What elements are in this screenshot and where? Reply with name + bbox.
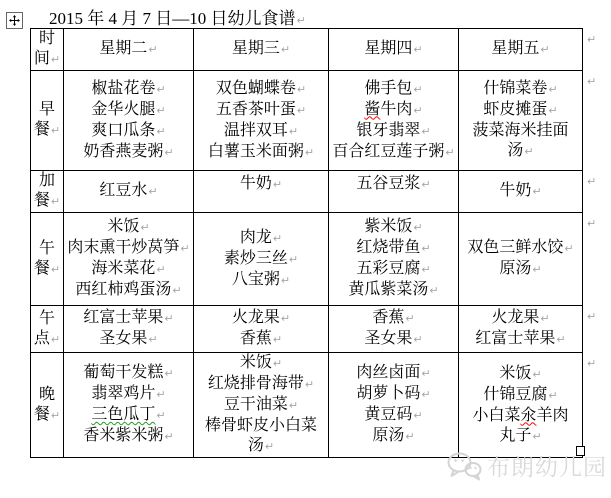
header-label: 星期二 (99, 40, 147, 57)
menu-item-text: 香蕉↵ (331, 308, 456, 329)
text-segment: 米饭 (499, 365, 531, 382)
paragraph-mark: ↵ (524, 145, 533, 158)
text-segment: 什锦豆腐 (483, 386, 547, 403)
menu-item-text: 黄豆码↵ (331, 405, 456, 426)
menu-item-text: 白薯玉米面粥↵ (196, 142, 326, 163)
header-label: 星期四 (364, 40, 412, 57)
menu-item-text: 葡萄干发糕↵ (66, 363, 191, 384)
paragraph-mark: ↵ (413, 221, 422, 234)
watermark-text: 布朗幼儿园 (487, 449, 607, 482)
row-end-mark: ↵ (587, 310, 596, 323)
text-segment: 海米菜花 (91, 260, 155, 277)
paragraph-mark: ↵ (405, 312, 414, 325)
menu-item-text: 五谷豆浆↵ (331, 174, 456, 195)
text-segment: 红富士苹果 (83, 309, 163, 326)
menu-cell-afternoon-snack-tuesday[interactable]: 红富士苹果↵圣女果↵ (64, 306, 194, 353)
paragraph-mark: ↵ (140, 221, 149, 234)
table-resize-handle[interactable] (576, 446, 585, 456)
paragraph-mark: ↵ (413, 43, 422, 56)
paragraph-mark: ↵ (164, 367, 173, 380)
text-segment: 圣女果 (364, 330, 412, 347)
menu-item-text: 酱牛肉↵ (331, 100, 456, 121)
paragraph-mark: ↵ (429, 284, 438, 297)
paragraph-mark: ↵ (297, 83, 306, 96)
text-segment: 牛奶 (240, 175, 272, 192)
menu-item-text: 红富士苹果↵ (66, 308, 191, 329)
text-segment: 五谷豆浆 (356, 175, 420, 192)
menu-item-text: 爽口瓜条↵ (66, 121, 191, 142)
text-segment: 银牙翡翠 (356, 122, 420, 139)
paragraph-mark: ↵ (297, 104, 306, 117)
row-label-morning-snack[interactable]: 加 餐↵ (31, 171, 64, 213)
paragraph-mark: ↵ (265, 440, 274, 453)
menu-cell-lunch-wednesday[interactable]: 肉龙↵素炒三丝↵八宝粥↵ (194, 213, 329, 306)
text-segment: 肉丝卤面 (356, 364, 420, 381)
text-segment: 棒骨虾皮小白菜 汤 (205, 417, 317, 454)
paragraph-mark: ↵ (421, 125, 430, 138)
menu-cell-dinner-thursday[interactable]: 肉丝卤面↵胡萝卜码↵黄豆码↵原汤↵ (329, 353, 459, 458)
text-segment: 豆干油菜 (224, 396, 288, 413)
menu-item-text: 银牙翡翠↵ (331, 121, 456, 142)
menu-item-text: 香米紫米粥↵ (66, 426, 191, 447)
text-segment: 红烧带鱼 (356, 239, 420, 256)
text-segment: 虾皮摊蛋 (483, 101, 547, 118)
paragraph-mark: ↵ (273, 178, 282, 191)
paragraph-mark: ↵ (305, 146, 314, 159)
text-segment: 黄瓜紫菜汤 (348, 281, 428, 298)
menu-item-text: 香蕉↵ (196, 329, 326, 350)
menu-item-text: 红烧带鱼↵ (331, 238, 456, 259)
header-wednesday[interactable]: 星期三↵ (194, 29, 329, 71)
text-segment: 胡萝卜码 (356, 385, 420, 402)
menu-item-text: 双色蝴蝶卷↵ (196, 79, 326, 100)
row-end-mark: ↵ (587, 33, 596, 46)
paragraph-mark: ↵ (421, 367, 430, 380)
row-end-mark: ↵ (587, 357, 596, 370)
menu-table-wrap: 时 间↵星期二↵星期三↵星期四↵星期五↵早 餐↵椒盐花卷↵金华火腿↵爽口瓜条↵奶… (30, 28, 583, 458)
paragraph-mark: ↵ (51, 333, 60, 346)
menu-item-text: 西红柿鸡蛋汤↵ (66, 280, 191, 301)
menu-item-text: 肉龙↵ (196, 228, 326, 249)
paragraph-mark: ↵ (156, 104, 165, 117)
text-segment: 五香茶叶蛋 (216, 101, 296, 118)
row-label-dinner[interactable]: 晚 餐↵ (31, 353, 64, 458)
paragraph-mark: ↵ (281, 274, 290, 287)
menu-item-text: 牛奶↵ (461, 181, 580, 202)
menu-item-text: 红豆水↵ (66, 181, 191, 202)
menu-item-text: 三色瓜丁↵ (66, 405, 191, 426)
document-page: 2015 年 4 月 7 日—10 日幼儿食谱↵ 时 间↵星期二↵星期三↵星期四… (0, 0, 611, 498)
menu-item-text: 红富士苹果↵ (461, 329, 580, 350)
paragraph-mark: ↵ (156, 388, 165, 401)
text-segment: 小白菜 (472, 407, 520, 424)
paragraph-mark: ↵ (51, 263, 60, 276)
page-title: 2015 年 4 月 7 日—10 日幼儿食谱↵ (49, 4, 306, 29)
menu-item-text: 米饭↵ (196, 353, 326, 374)
paragraph-mark: ↵ (273, 333, 282, 346)
text-segment: 肉末熏干炒莴笋 (67, 239, 179, 256)
text-segment: 百合红豆莲子粥 (332, 143, 444, 160)
text-segment: 香米紫米粥 (83, 427, 163, 444)
header-thursday[interactable]: 星期四↵ (329, 29, 459, 71)
header-label: 星期五 (491, 40, 539, 57)
menu-item-text: 金华火腿↵ (66, 100, 191, 121)
paragraph-mark: ↵ (51, 124, 60, 137)
paragraph-mark: ↵ (532, 185, 541, 198)
text-segment: 红烧排骨海带 (208, 375, 304, 392)
paragraph-mark: ↵ (289, 399, 298, 412)
menu-item-text: 虾皮摊蛋↵ (461, 100, 580, 121)
menu-item-text: 原汤↵ (461, 259, 580, 280)
paragraph-mark: ↵ (281, 312, 290, 325)
text-segment: 香蕉 (372, 309, 404, 326)
text-segment: 金华火腿 (91, 101, 155, 118)
paragraph-mark: ↵ (297, 14, 306, 27)
misspelled-text: 三色瓜丁 (91, 406, 155, 423)
menu-item-text: 百合红豆莲子粥↵ (331, 142, 456, 163)
menu-item-text: 牛奶↵ (196, 174, 326, 195)
paragraph-mark: ↵ (273, 232, 282, 245)
title-rest: 日幼儿食谱 (206, 9, 295, 28)
paragraph-mark: ↵ (556, 333, 565, 346)
menu-item-text: 椒盐花卷↵ (66, 79, 191, 100)
menu-cell-lunch-thursday[interactable]: 紫米饭↵红烧带鱼↵五彩豆腐↵黄瓜紫菜汤↵ (329, 213, 459, 306)
menu-item-text: 五香茶叶蛋↵ (196, 100, 326, 121)
menu-item-text: 米饭↵ (66, 217, 191, 238)
text-segment: 原汤 (499, 260, 531, 277)
menu-item-text: 佛手包↵ (331, 79, 456, 100)
menu-item-text: 翡翠鸡片↵ (66, 384, 191, 405)
paragraph-mark: ↵ (305, 378, 314, 391)
text-segment: 葡萄干发糕 (83, 364, 163, 381)
menu-cell-breakfast-friday[interactable]: 什锦菜卷↵虾皮摊蛋↵菠菜海米挂面 汤↵ (459, 71, 583, 171)
menu-item-text: 胡萝卜码↵ (331, 384, 456, 405)
menu-item-text: 肉末熏干炒莴笋↵ (66, 238, 191, 259)
paragraph-mark: ↵ (51, 195, 60, 208)
paragraph-mark: ↵ (445, 146, 454, 159)
paragraph-mark: ↵ (532, 368, 541, 381)
text-segment: 翡翠鸡片 (91, 385, 155, 402)
paragraph-mark: ↵ (273, 357, 282, 370)
menu-cell-lunch-tuesday[interactable]: 米饭↵肉末熏干炒莴笋↵海米菜花↵西红柿鸡蛋汤↵ (64, 213, 194, 306)
menu-item-text: 紫米饭↵ (331, 217, 456, 238)
text-segment: 菠菜海米挂面 汤 (472, 122, 568, 159)
menu-item-text: 棒骨虾皮小白菜 汤↵ (196, 416, 326, 457)
text-segment: 佛手包 (364, 80, 412, 97)
text-segment: 香蕉 (240, 330, 272, 347)
paragraph-mark: ↵ (548, 389, 557, 402)
paragraph-mark: ↵ (413, 409, 422, 422)
menu-item-text: 肉丝卤面↵ (331, 363, 456, 384)
paragraph-mark: ↵ (164, 312, 173, 325)
text-segment: 红豆水 (99, 182, 147, 199)
text-segment: 原汤 (372, 427, 404, 444)
text-segment: 黄豆码 (364, 406, 412, 423)
header-tuesday[interactable]: 星期二↵ (64, 29, 194, 71)
menu-item-text: 菠菜海米挂面 汤↵ (461, 121, 580, 162)
menu-cell-afternoon-snack-friday[interactable]: 火龙果↵红富士苹果↵ (459, 306, 583, 353)
menu-cell-dinner-friday[interactable]: 米饭↵什锦豆腐↵小白菜氽羊肉 丸子↵ (459, 353, 583, 458)
row-end-mark: ↵ (587, 75, 596, 88)
menu-item-text: 海米菜花↵ (66, 259, 191, 280)
paragraph-mark: ↵ (564, 242, 573, 255)
header-label: 星期三 (232, 40, 280, 57)
paragraph-mark: ↵ (405, 430, 414, 443)
paragraph-mark: ↵ (180, 242, 189, 255)
text-segment: 八宝粥 (232, 271, 280, 288)
menu-cell-dinner-tuesday[interactable]: 葡萄干发糕↵翡翠鸡片↵三色瓜丁↵香米紫米粥↵ (64, 353, 194, 458)
text-segment: 火龙果 (491, 309, 539, 326)
text-segment: 温拌双耳 (224, 122, 288, 139)
menu-cell-dinner-wednesday[interactable]: 米饭↵红烧排骨海带↵豆干油菜↵棒骨虾皮小白菜 汤↵ (194, 353, 329, 458)
misspelled-text: 氽 (520, 407, 536, 424)
header-time[interactable]: 时 间↵ (31, 29, 64, 71)
text-segment: 什锦菜卷 (483, 80, 547, 97)
paragraph-mark: ↵ (548, 83, 557, 96)
menu-item-text: 五彩豆腐↵ (331, 259, 456, 280)
menu-item-text: 火龙果↵ (461, 308, 580, 329)
paragraph-mark: ↵ (421, 263, 430, 276)
row-label-afternoon-snack[interactable]: 午 点↵ (31, 306, 64, 353)
wechat-icon (446, 451, 482, 481)
title-date-part: 2015 年 4 月 7 日—10 (49, 9, 206, 28)
four-way-arrow-icon (9, 15, 20, 26)
text-segment: 奶香燕麦粥 (83, 143, 163, 160)
header-friday[interactable]: 星期五↵ (459, 29, 583, 71)
menu-cell-breakfast-wednesday[interactable]: 双色蝴蝶卷↵五香茶叶蛋↵温拌双耳↵白薯玉米面粥↵ (194, 71, 329, 171)
text-segment: 米饭 (240, 354, 272, 371)
misspelled-text: 酱 (364, 101, 380, 118)
paragraph-mark: ↵ (164, 430, 173, 443)
paragraph-mark: ↵ (51, 53, 60, 66)
text-segment: 双色蝴蝶卷 (216, 80, 296, 97)
menu-item-text: 红烧排骨海带↵ (196, 374, 326, 395)
text-segment: 肉龙 (240, 229, 272, 246)
menu-cell-morning-snack-tuesday[interactable]: 红豆水↵ (64, 171, 194, 213)
table-move-handle[interactable] (6, 12, 23, 29)
paragraph-mark: ↵ (413, 333, 422, 346)
menu-item-text: 什锦豆腐↵ (461, 385, 580, 406)
text-segment: 米饭 (107, 218, 139, 235)
paragraph-mark: ↵ (421, 178, 430, 191)
text-segment: 椒盐花卷 (91, 80, 155, 97)
menu-cell-afternoon-snack-thursday[interactable]: 香蕉↵圣女果↵ (329, 306, 459, 353)
menu-item-text: 圣女果↵ (66, 329, 191, 350)
menu-cell-afternoon-snack-wednesday[interactable]: 火龙果↵香蕉↵ (194, 306, 329, 353)
menu-item-text: 奶香燕麦粥↵ (66, 142, 191, 163)
menu-cell-morning-snack-thursday[interactable]: 五谷豆浆↵ (329, 171, 459, 213)
paragraph-mark: ↵ (148, 43, 157, 56)
menu-item-text: 米饭↵ (461, 364, 580, 385)
text-segment: 牛奶 (499, 182, 531, 199)
paragraph-mark: ↵ (172, 284, 181, 297)
paragraph-mark: ↵ (289, 253, 298, 266)
paragraph-mark: ↵ (156, 83, 165, 96)
paragraph-mark: ↵ (148, 185, 157, 198)
menu-item-text: 素炒三丝↵ (196, 249, 326, 270)
paragraph-mark: ↵ (289, 125, 298, 138)
paragraph-mark: ↵ (421, 242, 430, 255)
menu-item-text: 黄瓜紫菜汤↵ (331, 280, 456, 301)
text-segment: 牛肉 (380, 101, 412, 118)
text-segment: 紫米饭 (364, 218, 412, 235)
paragraph-mark: ↵ (164, 146, 173, 159)
text-segment: 白薯玉米面粥 (208, 143, 304, 160)
menu-item-text: 小白菜氽羊肉 丸子↵ (461, 406, 580, 447)
menu-item-text: 温拌双耳↵ (196, 121, 326, 142)
menu-item-text: 火龙果↵ (196, 308, 326, 329)
menu-item-text: 双色三鲜水饺↵ (461, 238, 580, 259)
menu-cell-breakfast-tuesday[interactable]: 椒盐花卷↵金华火腿↵爽口瓜条↵奶香燕麦粥↵ (64, 71, 194, 171)
text-segment: 双色三鲜水饺 (467, 239, 563, 256)
paragraph-mark: ↵ (281, 43, 290, 56)
paragraph-mark: ↵ (148, 333, 157, 346)
paragraph-mark: ↵ (156, 125, 165, 138)
text-segment: 圣女果 (99, 330, 147, 347)
menu-item-text: 原汤↵ (331, 426, 456, 447)
menu-table[interactable]: 时 间↵星期二↵星期三↵星期四↵星期五↵早 餐↵椒盐花卷↵金华火腿↵爽口瓜条↵奶… (30, 28, 583, 458)
menu-cell-lunch-friday[interactable]: 双色三鲜水饺↵原汤↵ (459, 213, 583, 306)
paragraph-mark: ↵ (540, 43, 549, 56)
paragraph-mark: ↵ (532, 263, 541, 276)
paragraph-mark: ↵ (51, 409, 60, 422)
text-segment: 红富士苹果 (475, 330, 555, 347)
menu-item-text: 豆干油菜↵ (196, 395, 326, 416)
menu-cell-morning-snack-friday[interactable]: 牛奶↵ (459, 171, 583, 213)
paragraph-mark: ↵ (540, 312, 549, 325)
menu-item-text: 什锦菜卷↵ (461, 79, 580, 100)
paragraph-mark: ↵ (548, 104, 557, 117)
menu-item-text: 圣女果↵ (331, 329, 456, 350)
paragraph-mark: ↵ (413, 104, 422, 117)
row-label-lunch[interactable]: 午 餐↵ (31, 213, 64, 306)
row-end-mark: ↵ (587, 217, 596, 230)
paragraph-mark: ↵ (156, 409, 165, 422)
paragraph-mark: ↵ (532, 430, 541, 443)
row-label-breakfast[interactable]: 早 餐↵ (31, 71, 64, 171)
text-segment: 西红柿鸡蛋汤 (75, 281, 171, 298)
text-segment: 素炒三丝 (224, 250, 288, 267)
row-end-mark: ↵ (587, 175, 596, 188)
text-segment: 爽口瓜条 (91, 122, 155, 139)
text-segment: 五彩豆腐 (356, 260, 420, 277)
paragraph-mark: ↵ (413, 83, 422, 96)
paragraph-mark: ↵ (421, 388, 430, 401)
paragraph-mark: ↵ (156, 263, 165, 276)
menu-cell-morning-snack-wednesday[interactable]: 牛奶↵ (194, 171, 329, 213)
menu-cell-breakfast-thursday[interactable]: 佛手包↵酱牛肉↵银牙翡翠↵百合红豆莲子粥↵ (329, 71, 459, 171)
menu-item-text: 八宝粥↵ (196, 270, 326, 291)
text-segment: 火龙果 (232, 309, 280, 326)
